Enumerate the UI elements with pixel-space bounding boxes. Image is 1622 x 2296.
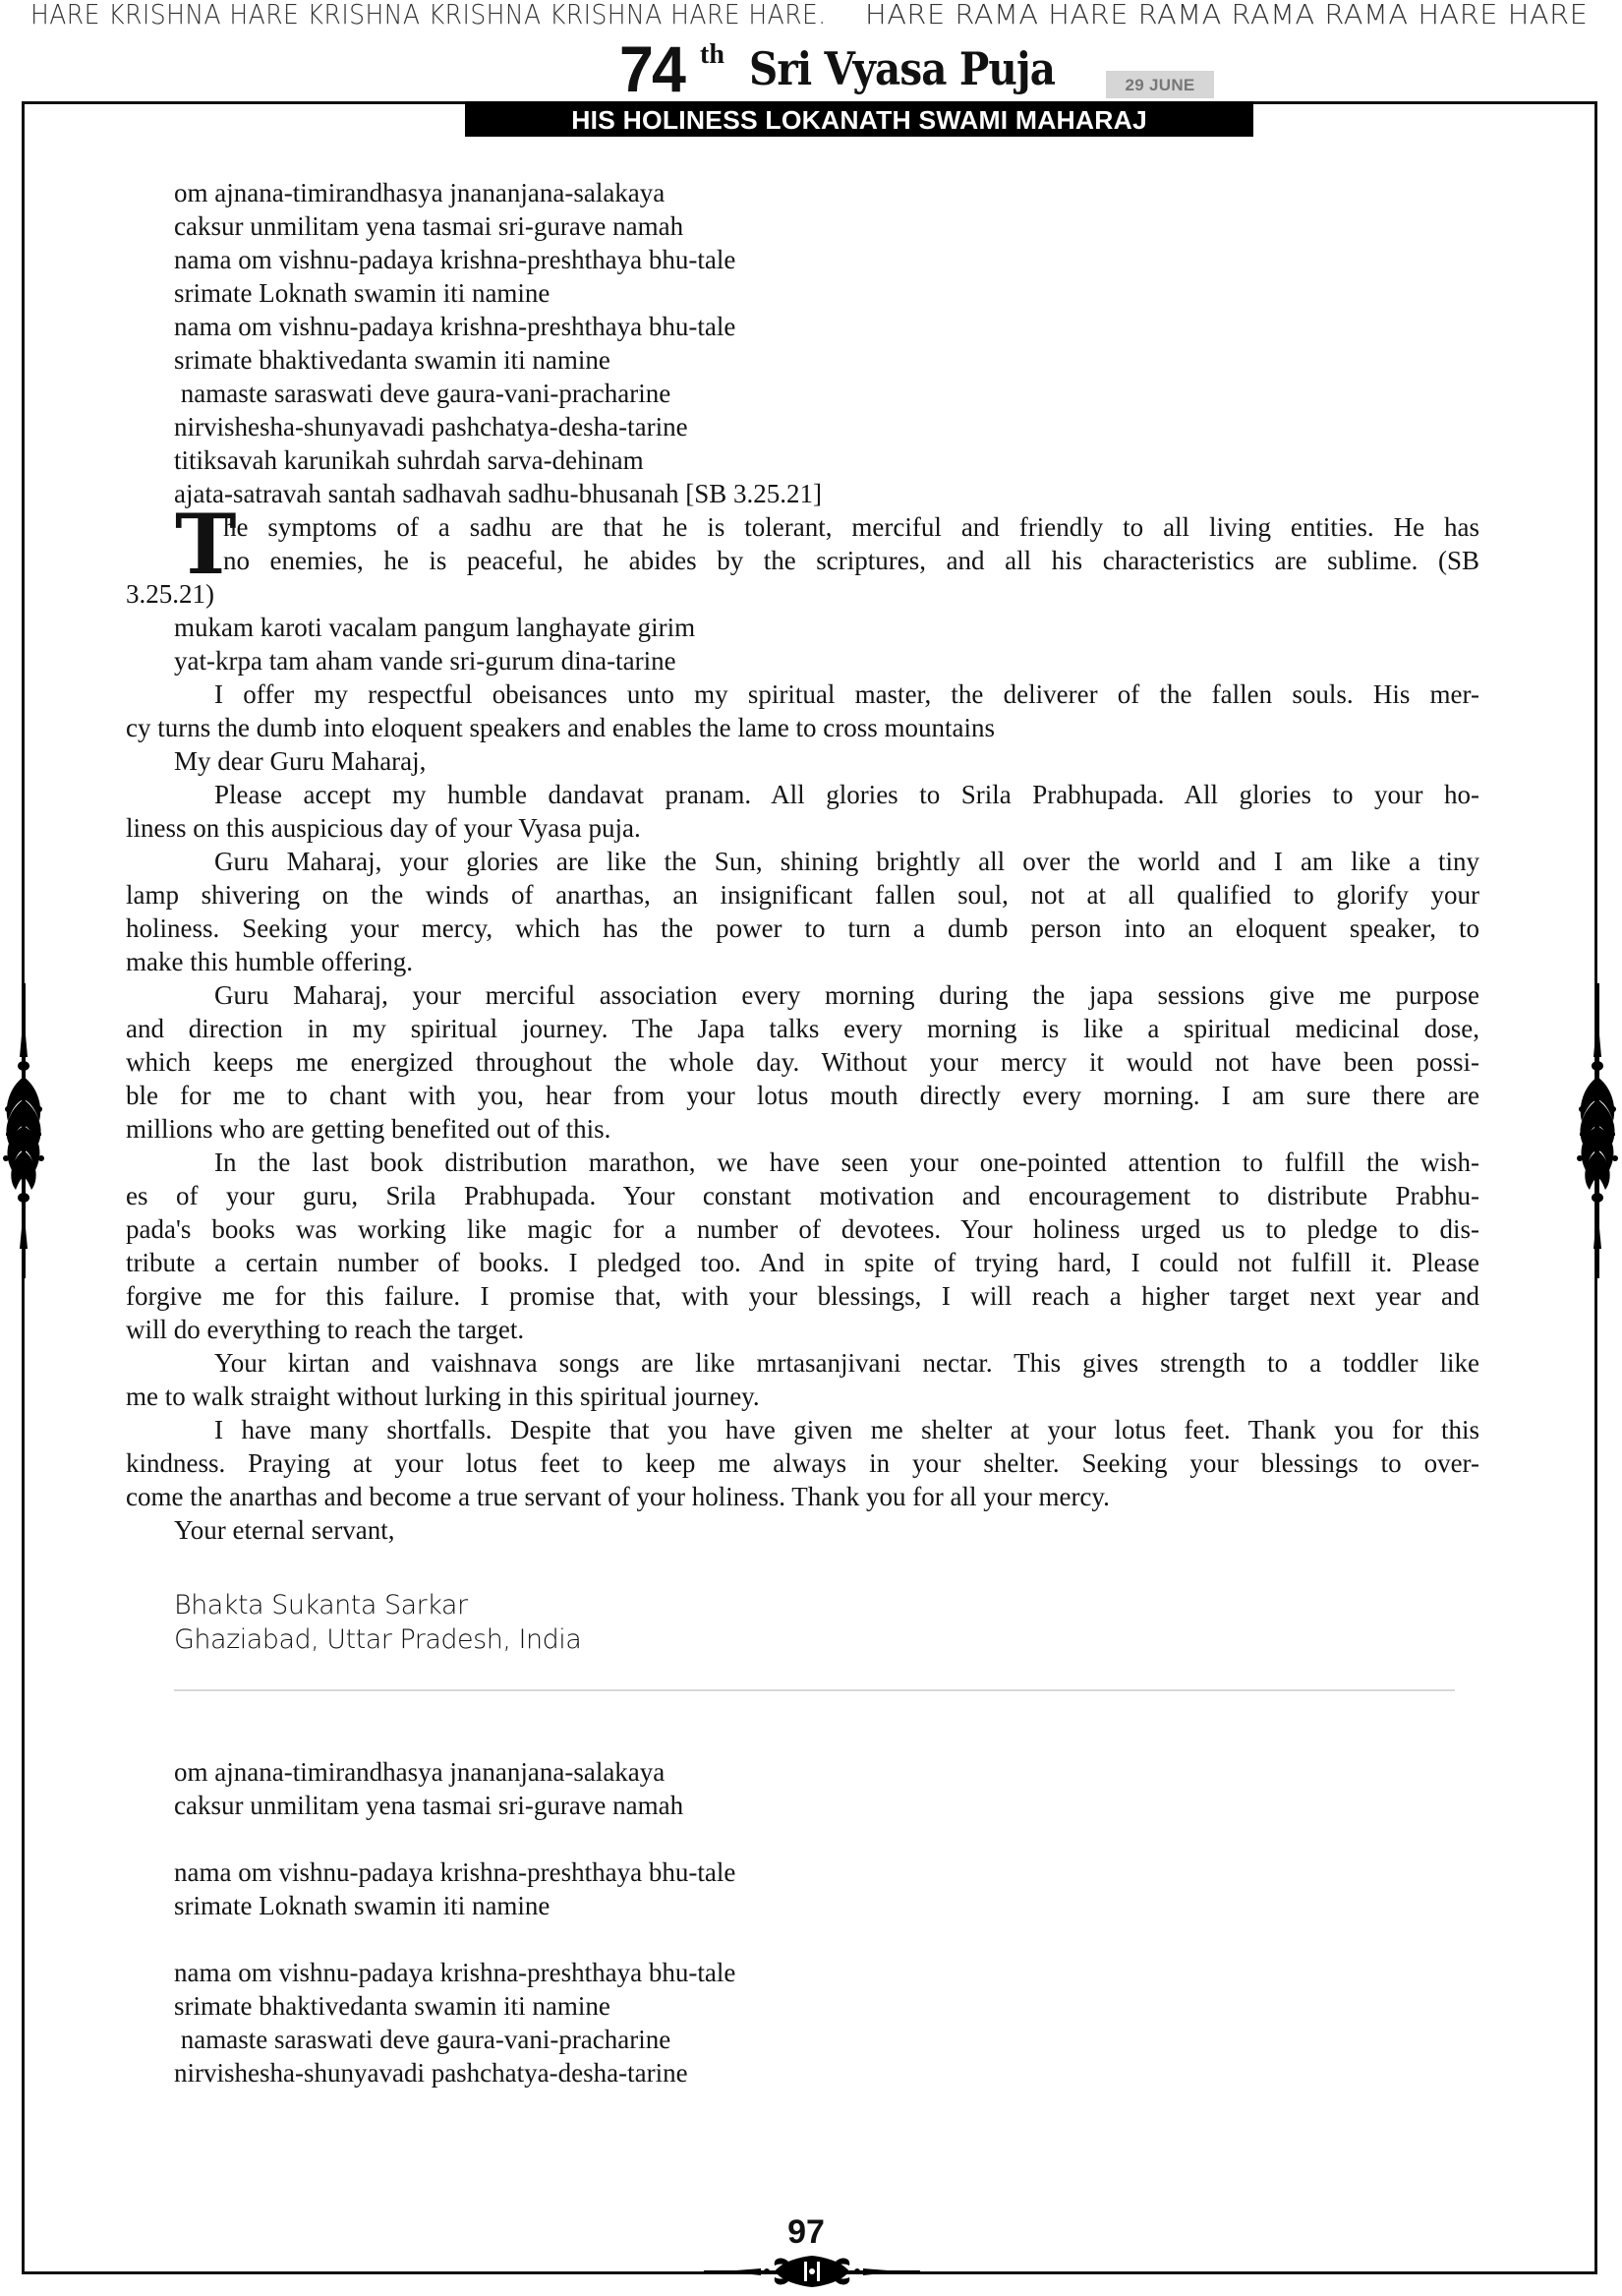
chant-right: HARE RAMA HARE RAMA RAMA RAMA HARE HARE [865, 0, 1588, 30]
closing: Your eternal servant, [174, 1514, 394, 1546]
verse-line: mukam karoti vacalam pangum langhayate g… [174, 612, 695, 643]
subtitle-text: HIS HOLINESS LOKANATH SWAMI MAHARAJ [571, 101, 1147, 139]
verse-line: om ajnana-timirandhasya jnananjana-salak… [174, 1756, 665, 1788]
signature-location: Ghaziabad, Uttar Pradesh, India [174, 1624, 581, 1656]
right-filigree-ornament-icon [1576, 983, 1619, 1278]
chant-left: HARE KRISHNA HARE KRISHNA KRISHNA KRISHN… [30, 0, 827, 30]
verse-line: caksur unmilitam yena tasmai sri-gurave … [174, 1790, 683, 1821]
paragraph-line: millions who are getting benefited out o… [126, 1113, 610, 1145]
paragraph-line: Guru Maharaj, your glories are like the … [214, 846, 1479, 877]
verse-line: yat-krpa tam aham vande sri-gurum dina-t… [174, 645, 676, 677]
paragraph-line: ble for me to chant with you, hear from … [126, 1080, 1479, 1111]
paragraph-line: liness on this auspicious day of your Vy… [126, 812, 641, 844]
verse-line: titiksavah karunikah suhrdah sarva-dehin… [174, 444, 644, 476]
verse-line: namaste saraswati deve gaura-vani-pracha… [174, 2024, 670, 2055]
verse-line: srimate Loknath swamin iti namine [174, 1890, 550, 1921]
verse-line: namaste saraswati deve gaura-vani-pracha… [174, 378, 670, 409]
paragraph-line: forgive me for this failure. I promise t… [126, 1280, 1479, 1312]
title-number: 74 [619, 37, 684, 100]
title-text: Sri Vyasa Puja [749, 41, 1055, 96]
translation-line: cy turns the dumb into eloquent speakers… [126, 712, 995, 743]
paragraph-line: I have many shortfalls. Despite that you… [214, 1414, 1479, 1445]
title-superscript: th [700, 39, 724, 71]
verse-line: om ajnana-timirandhasya jnananjana-salak… [174, 177, 665, 208]
paragraph-line: es of your guru, Srila Prabhupada. Your … [126, 1180, 1479, 1211]
translation-line: no enemies, he is peaceful, he abides by… [223, 545, 1479, 576]
section-divider [174, 1689, 1455, 1691]
paragraph-line: holiness. Seeking your mercy, which has … [126, 913, 1479, 944]
verse-line: ajata-satravah santah sadhavah sadhu-bhu… [174, 478, 822, 509]
salutation: My dear Guru Maharaj, [174, 745, 426, 777]
left-filigree-ornament-icon [2, 983, 45, 1278]
paragraph-line: tribute a certain number of books. I ple… [126, 1247, 1479, 1278]
paragraph-line: which keeps me energized throughout the … [126, 1046, 1479, 1078]
verse-line: caksur unmilitam yena tasmai sri-gurave … [174, 210, 683, 242]
translation-line: 3.25.21) [126, 578, 214, 610]
filigree-divider-icon [704, 2254, 920, 2293]
verse-line: nirvishesha-shunyavadi pashchatya-desha-… [174, 2057, 688, 2089]
verse-line: nirvishesha-shunyavadi pashchatya-desha-… [174, 411, 688, 442]
paragraph-line: make this humble offering. [126, 946, 413, 977]
paragraph-line: come the anarthas and become a true serv… [126, 1481, 1110, 1512]
verse-line: nama om vishnu-padaya krishna-preshthaya… [174, 1957, 735, 1988]
paragraph-line: Guru Maharaj, your merciful association … [214, 979, 1479, 1011]
verse-line: srimate Loknath swamin iti namine [174, 277, 550, 309]
translation-line: I offer my respectful obeisances unto my… [214, 678, 1479, 710]
verse-line: nama om vishnu-padaya krishna-preshthaya… [174, 244, 735, 275]
verse-line: srimate bhaktivedanta swamin iti namine [174, 1990, 610, 2022]
signature-name: Bhakta Sukanta Sarkar [174, 1590, 468, 1621]
paragraph-line: Please accept my humble dandavat pranam.… [214, 779, 1479, 810]
verse-line: nama om vishnu-padaya krishna-preshthaya… [174, 1856, 735, 1888]
paragraph-line: Your kirtan and vaishnava songs are like… [214, 1347, 1479, 1379]
page-number: 97 [757, 2214, 855, 2250]
paragraph-line: pada's books was working like magic for … [126, 1213, 1479, 1245]
paragraph-line: In the last book distribution marathon, … [214, 1147, 1479, 1178]
verse-line: srimate bhaktivedanta swamin iti namine [174, 344, 610, 376]
paragraph-line: and direction in my spiritual journey. T… [126, 1013, 1479, 1044]
verse-line: nama om vishnu-padaya krishna-preshthaya… [174, 311, 735, 342]
date-badge: 29 JUNE 2023 [1106, 71, 1214, 98]
paragraph-line: will do everything to reach the target. [126, 1314, 524, 1345]
translation-line: he symptoms of a sadhu are that he is to… [223, 511, 1479, 543]
top-chant-banner: HARE KRISHNA HARE KRISHNA KRISHNA KRISHN… [0, 0, 1622, 33]
paragraph-line: kindness. Praying at your lotus feet to … [126, 1447, 1479, 1479]
subtitle-bar: HIS HOLINESS LOKANATH SWAMI MAHARAJ [465, 101, 1253, 137]
paragraph-line: me to walk straight without lurking in t… [126, 1381, 760, 1412]
paragraph-line: lamp shivering on the winds of anarthas,… [126, 879, 1479, 911]
